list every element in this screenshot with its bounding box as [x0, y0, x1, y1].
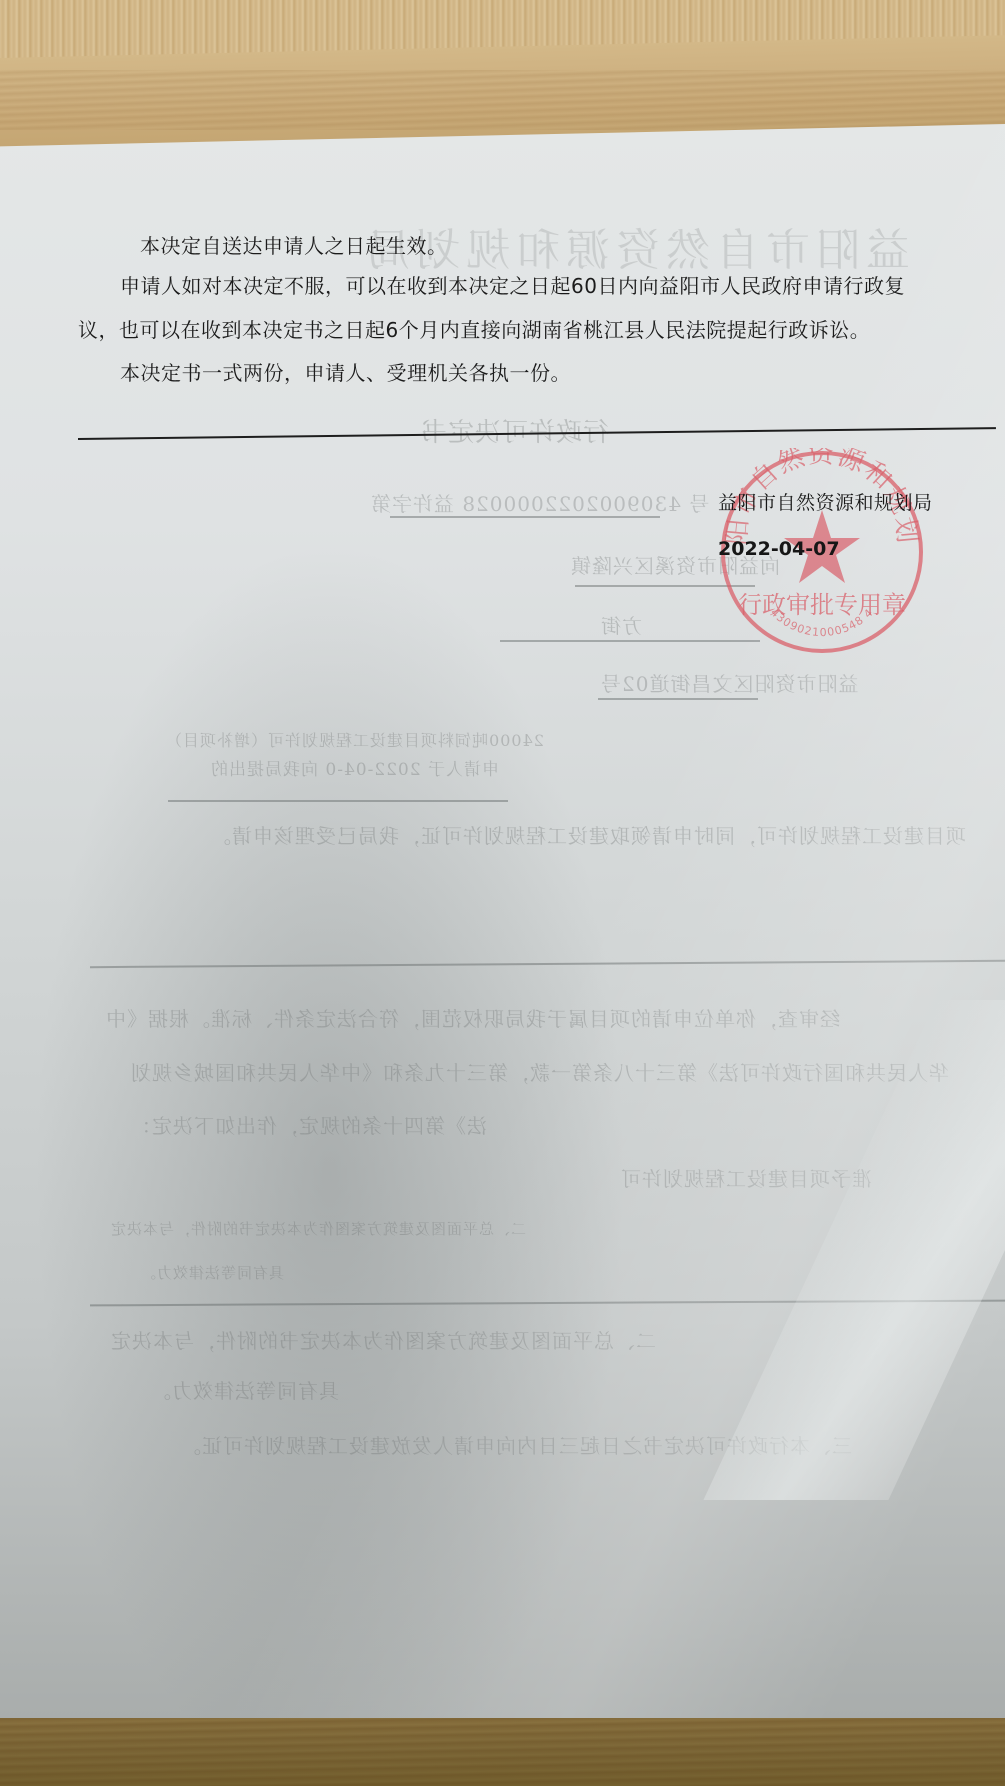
- bleed-through-line: 号 4309002022000028 益许字第: [370, 488, 709, 517]
- bleed-through-line: 三、本行政许可决定书之日起三日内向申请人发放建设工程规划许可证。: [180, 1430, 852, 1459]
- bleed-underline: [390, 516, 660, 518]
- bleed-through-line: 具有同等法律效力。: [150, 1375, 339, 1404]
- paragraph-effective: 本决定自送达申请人之日起生效。: [140, 230, 448, 259]
- bleed-through-line: 法》第四十条的规定，作出如下决定：: [130, 1110, 487, 1139]
- paragraph-appeal-line1: 申请人如对本决定不服，可以在收到本决定之日起60日内向益阳市人民政府申请行政复: [120, 270, 905, 299]
- wood-table-background: [0, 1716, 1005, 1786]
- bleed-through-line: 项目建设工程规划许可，同时申请领取建设工程规划许可证，我局已受理该申请。: [210, 820, 966, 849]
- bleed-through-line: 二、总平面图及建筑方案图作为本决定书的附件，与本决定: [110, 1218, 526, 1239]
- bleed-underline: [598, 698, 758, 700]
- paragraph-copies: 本决定书一式两份，申请人、受理机关各执一份。: [120, 357, 571, 386]
- bleed-through-line: 申请人于 2022-04-0 向我局提出的: [210, 755, 499, 780]
- wood-grain: [0, 70, 1005, 130]
- bleed-through-subtitle: 行政许可决定书: [420, 412, 609, 449]
- bleed-underline: [168, 800, 508, 802]
- bleed-through-line: 益阳市资阳区文昌街道02号: [600, 668, 858, 697]
- bleed-through-line: 二、总平面图及建筑方案图作为本决定书的附件，与本决定: [110, 1325, 656, 1354]
- bleed-through-line: 华人民共和国行政许可法》第三十八条第一款，第三十九条和《中华人民共和国城乡规划: [130, 1057, 949, 1086]
- paragraph-appeal-line2: 议，也可以在收到本决定书之日起6个月内直接向湖南省桃江县人民法院提起行政诉讼。: [78, 314, 870, 343]
- issuer-name: 益阳市自然资源和规划局: [718, 488, 933, 515]
- bleed-through-line: 经审查，你单位申请的项目属于我局职权范围，符合法定条件、标准。根据《中: [105, 1003, 840, 1032]
- bleed-through-line: 准予项目建设工程规划许可: [620, 1163, 872, 1192]
- issue-date: 2022-04-07: [718, 538, 840, 560]
- bleed-through-line: 24000吨饲料项目建设工程规划许可（增补项目）: [165, 728, 544, 751]
- bleed-through-line: 具有同等法律效力。: [140, 1262, 284, 1283]
- svg-text:行政审批专用章: 行政审批专用章: [738, 591, 906, 619]
- bleed-through-line: 方街: [600, 610, 642, 639]
